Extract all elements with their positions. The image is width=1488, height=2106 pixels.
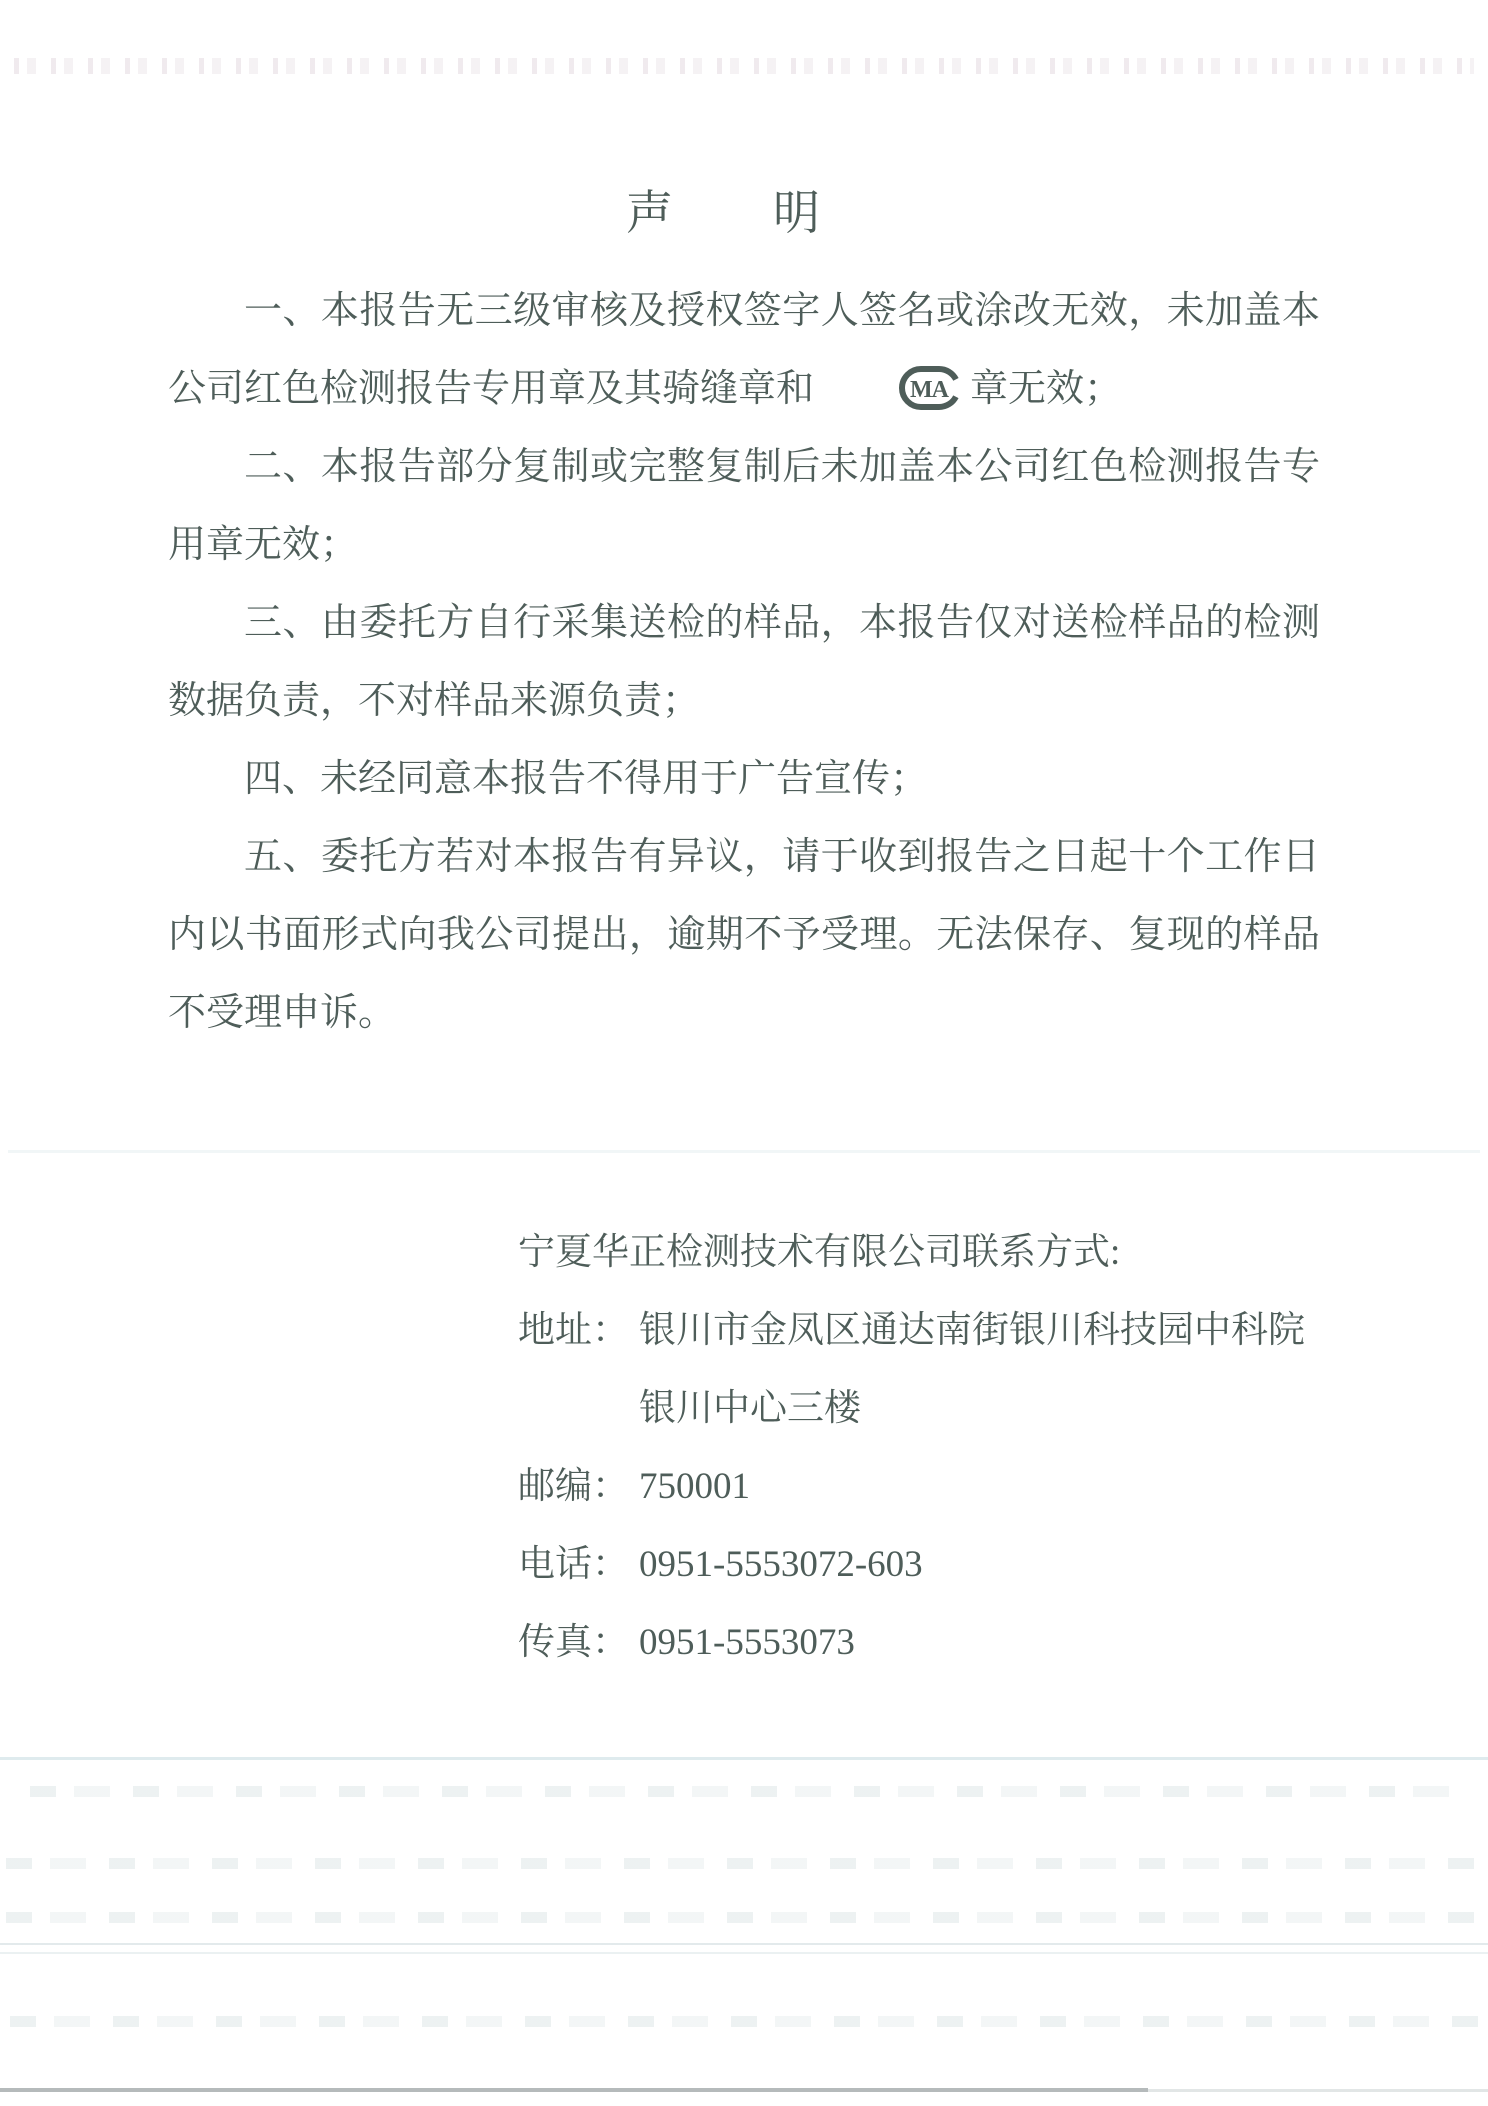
- scanned-statement-page: 声 明 一、本报告无三级审核及授权签字人签名或涂改无效，未加盖本公司红色检测报告…: [0, 0, 1488, 2106]
- paragraph-1-text-before: 一、本报告无三级审核及授权签字人签名或涂改无效，未加盖本公司红色检测报告专用章及…: [168, 290, 1320, 410]
- address-line-1: 银川市金凤区通达南街银川科技园中科院: [639, 1292, 1305, 1370]
- scan-artifact-band: [10, 2016, 1480, 2027]
- address-row: 地址： 银川市金凤区通达南街银川科技园中科院 银川中心三楼: [518, 1292, 1305, 1448]
- fax-value: 0951-5553073: [639, 1604, 855, 1682]
- fax-row: 传真： 0951-5553073: [518, 1604, 1305, 1682]
- scan-artifact-line: [8, 1150, 1480, 1153]
- paragraph-1-text-after: 章无效；: [970, 368, 1122, 410]
- scan-artifact-band: [6, 1858, 1482, 1869]
- page-title: 声 明: [0, 176, 1448, 243]
- address-line-2: 银川中心三楼: [639, 1370, 1305, 1448]
- cma-certification-mark-icon: MA: [822, 365, 962, 411]
- paragraph-3: 三、由委托方自行采集送检的样品，本报告仅对送检样品的检测数据负责，不对样品来源负…: [168, 584, 1320, 740]
- postcode-value: 750001: [639, 1448, 750, 1526]
- scan-artifact-bottom-line-tail: [1148, 2089, 1488, 2092]
- paragraph-2: 二、本报告部分复制或完整复制后未加盖本公司红色检测报告专用章无效；: [168, 428, 1320, 584]
- cma-mark-letters: MA: [910, 377, 950, 403]
- phone-label: 电话：: [518, 1526, 629, 1604]
- fax-label: 传真：: [518, 1604, 629, 1682]
- phone-value: 0951-5553072-603: [639, 1526, 923, 1604]
- scan-artifact-bottom-line: [0, 2088, 1148, 2092]
- postcode-row: 邮编： 750001: [518, 1448, 1305, 1526]
- postcode-label: 邮编：: [518, 1448, 629, 1526]
- address-label: 地址：: [518, 1292, 629, 1370]
- scan-artifact-band: [6, 1912, 1482, 1923]
- paragraph-5: 五、委托方若对本报告有异议，请于收到报告之日起十个工作日内以书面形式向我公司提出…: [168, 818, 1320, 1052]
- phone-row: 电话： 0951-5553072-603: [518, 1526, 1305, 1604]
- scan-artifact-band: [30, 1786, 1470, 1797]
- paragraph-4: 四、未经同意本报告不得用于广告宣传；: [168, 740, 1320, 818]
- scan-artifact-line: [0, 1757, 1488, 1760]
- scan-artifact-top-band: [14, 58, 1474, 74]
- address-value: 银川市金凤区通达南街银川科技园中科院 银川中心三楼: [639, 1292, 1305, 1448]
- paragraph-1: 一、本报告无三级审核及授权签字人签名或涂改无效，未加盖本公司红色检测报告专用章及…: [168, 272, 1320, 428]
- contact-block: 宁夏华正检测技术有限公司联系方式: 地址： 银川市金凤区通达南街银川科技园中科院…: [518, 1214, 1305, 1682]
- statement-body: 一、本报告无三级审核及授权签字人签名或涂改无效，未加盖本公司红色检测报告专用章及…: [168, 272, 1320, 1052]
- contact-heading-text: 宁夏华正检测技术有限公司联系方式:: [518, 1214, 1120, 1292]
- contact-heading: 宁夏华正检测技术有限公司联系方式:: [518, 1214, 1305, 1292]
- scan-artifact-double-line: [0, 1943, 1488, 1954]
